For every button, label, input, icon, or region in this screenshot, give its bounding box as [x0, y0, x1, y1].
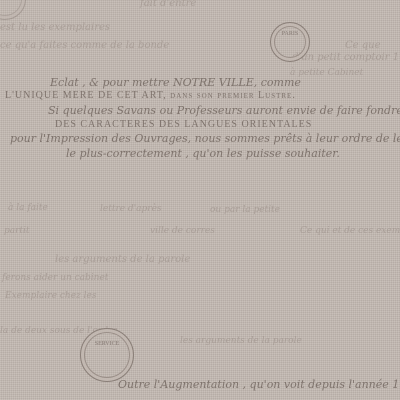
printed-line-4: DES CARACTERES DES LANGUES ORIENTALES — [55, 119, 312, 130]
handwriting-line: ce qu'a faites comme de la bonde — [0, 40, 169, 51]
handwriting-line: lettre d'après — [100, 204, 162, 214]
printed-line-text: L'UNIQUE MERE DE CET ART, dans son premi… — [5, 90, 296, 101]
stamp-label: SERVICE — [81, 341, 133, 347]
linen-script-wallpaper: fait d'entre est lu les exemplaires ce q… — [0, 0, 400, 400]
stamp-label: PARIS — [271, 31, 309, 37]
printed-line-7: Outre l'Augmentation , qu'on voit depuis… — [118, 378, 400, 391]
handwriting-line: partit — [4, 226, 30, 236]
handwriting-line: fait d'entre — [140, 0, 196, 9]
handwriting-line: les arguments de la parole — [55, 254, 190, 265]
handwriting-line: à la faite — [8, 203, 48, 213]
printed-line-1: Eclat , & pour mettre NOTRE VILLE, comme — [50, 76, 301, 89]
handwriting-line: ville de corres — [150, 226, 215, 236]
handwriting-line: ferons aider un cabinet — [2, 273, 108, 283]
postmark-stamp-icon: PARIS — [270, 22, 310, 62]
handwriting-line: Ce qui et de ces exemples — [300, 226, 400, 236]
handwriting-line: Exemplaire chez les — [5, 291, 96, 301]
printed-line-3: Si quelques Savans ou Professeurs auront… — [48, 104, 400, 117]
postmark-stamp-icon — [0, 0, 26, 20]
postmark-stamp-icon: SERVICE — [80, 328, 134, 382]
printed-line-2: L'UNIQUE MERE DE CET ART, dans son premi… — [5, 90, 296, 101]
handwriting-line: les arguments de la parole — [180, 336, 302, 346]
handwriting-line: ou par la petite — [210, 205, 280, 215]
printed-line-6: le plus-correctement , qu'on les puisse … — [66, 147, 340, 160]
printed-line-5: pour l'Impression des Ouvrages, nous som… — [10, 132, 400, 145]
handwriting-line: Ce que — [345, 40, 381, 51]
handwriting-line: d'un petit comptoir 1711 — [292, 52, 400, 63]
printed-line-text: Eclat , & pour mettre NOTRE VILLE, comme — [50, 76, 301, 89]
handwriting-line: est lu les exemplaires — [0, 22, 110, 33]
